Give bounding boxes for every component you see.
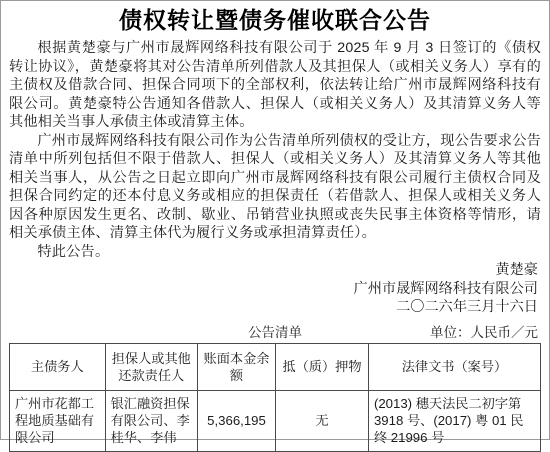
table-header-principal-balance: 账面本金余额 xyxy=(197,343,275,390)
unit-label: 单位：人民币／元 xyxy=(430,321,538,341)
announcement-page: 债权转让暨债务催收联合公告 根据黄楚豪与广州市晟辉网络科技有限公司于 2025 … xyxy=(0,0,550,440)
cell-principal-balance: 5,366,195 xyxy=(197,390,275,440)
announcement-title: 债权转让暨债务催收联合公告 xyxy=(9,6,541,34)
body-paragraph-3: 特此公告。 xyxy=(9,243,541,262)
table-header-debtor: 主债务人 xyxy=(10,343,106,390)
body-paragraph-1: 根据黄楚豪与广州市晟辉网络科技有限公司于 2025 年 9 月 3 日签订的《债… xyxy=(9,39,541,132)
cell-pledge: 无 xyxy=(276,390,369,440)
table-header-guarantor: 担保人或其他还款责任人 xyxy=(105,343,197,390)
body-paragraph-2: 广州市晟辉网络科技有限公司作为公告清单所列债权的受让方，现公告要求公告清单中所列… xyxy=(9,132,541,243)
cell-legal-document: (2013) 穗天法民二初字第 3918 号、(2017) 粤 01 民终 21… xyxy=(368,390,540,440)
table-header-legal-document: 法律文书（案号） xyxy=(368,343,540,390)
table-caption-row: 公告清单 单位：人民币／元 xyxy=(9,321,541,340)
signature-company: 广州市晟辉网络科技有限公司 xyxy=(9,280,538,299)
table-header-pledge: 抵（质）押物 xyxy=(276,343,369,390)
signature-block: 黄楚豪 广州市晟辉网络科技有限公司 二〇二六年三月十六日 xyxy=(9,261,541,317)
signature-name: 黄楚豪 xyxy=(9,261,538,280)
cell-guarantor: 银汇融资担保有限公司、李桂华、李伟 xyxy=(105,390,197,440)
table-header-row: 主债务人 担保人或其他还款责任人 账面本金余额 抵（质）押物 法律文书（案号） xyxy=(10,343,541,390)
announcement-table: 主债务人 担保人或其他还款责任人 账面本金余额 抵（质）押物 法律文书（案号） … xyxy=(9,343,541,441)
signature-date: 二〇二六年三月十六日 xyxy=(9,298,538,317)
cell-debtor: 广州市花都工程地质基础有限公司 xyxy=(10,390,106,440)
table-row: 广州市花都工程地质基础有限公司 银汇融资担保有限公司、李桂华、李伟 5,366,… xyxy=(10,390,541,440)
announcement-body: 根据黄楚豪与广州市晟辉网络科技有限公司于 2025 年 9 月 3 日签订的《债… xyxy=(9,39,541,261)
